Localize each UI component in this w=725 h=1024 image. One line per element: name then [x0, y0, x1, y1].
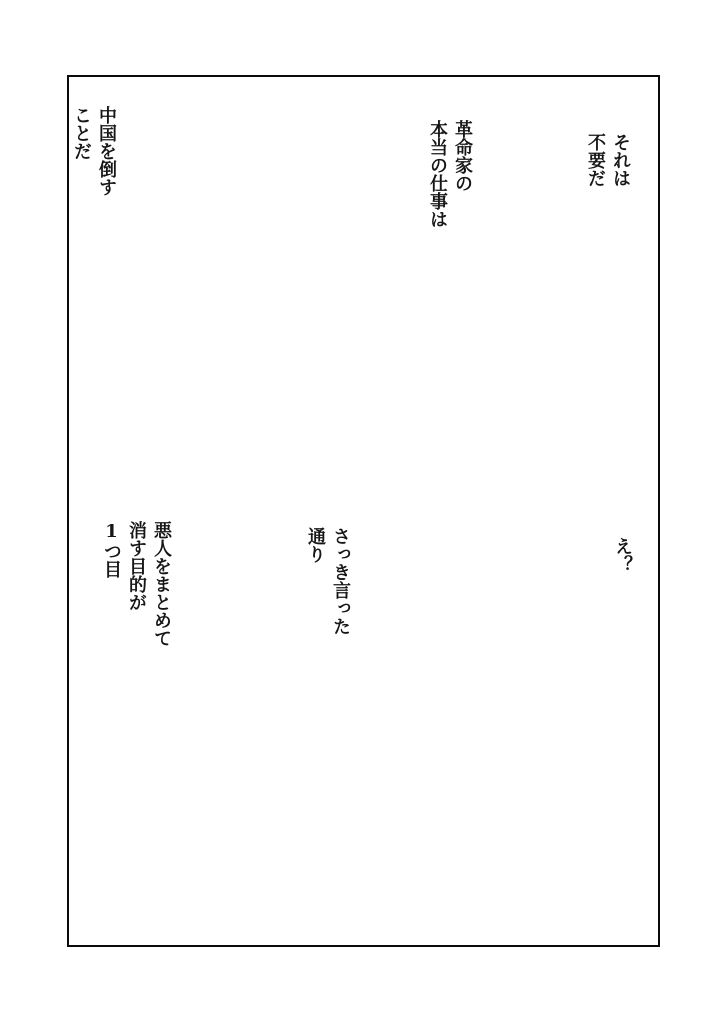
dialogue-top-left: 中国を倒す ことだ	[69, 106, 119, 196]
dialogue-top-center: 革命家の 本当の仕事は	[425, 120, 475, 228]
dialogue-middle-center: さっき言った 通り	[303, 527, 353, 635]
dialogue-top-right: それは 不要だ	[583, 133, 633, 187]
manga-page: それは 不要だ 革命家の 本当の仕事は 中国を倒す ことだ え？ さっき言った …	[0, 0, 725, 1024]
dialogue-middle-right: え？	[610, 537, 635, 573]
dialogue-middle-left: 悪人をまとめて 消す目的が 1つ目	[99, 521, 174, 647]
panel-frame	[67, 75, 660, 947]
